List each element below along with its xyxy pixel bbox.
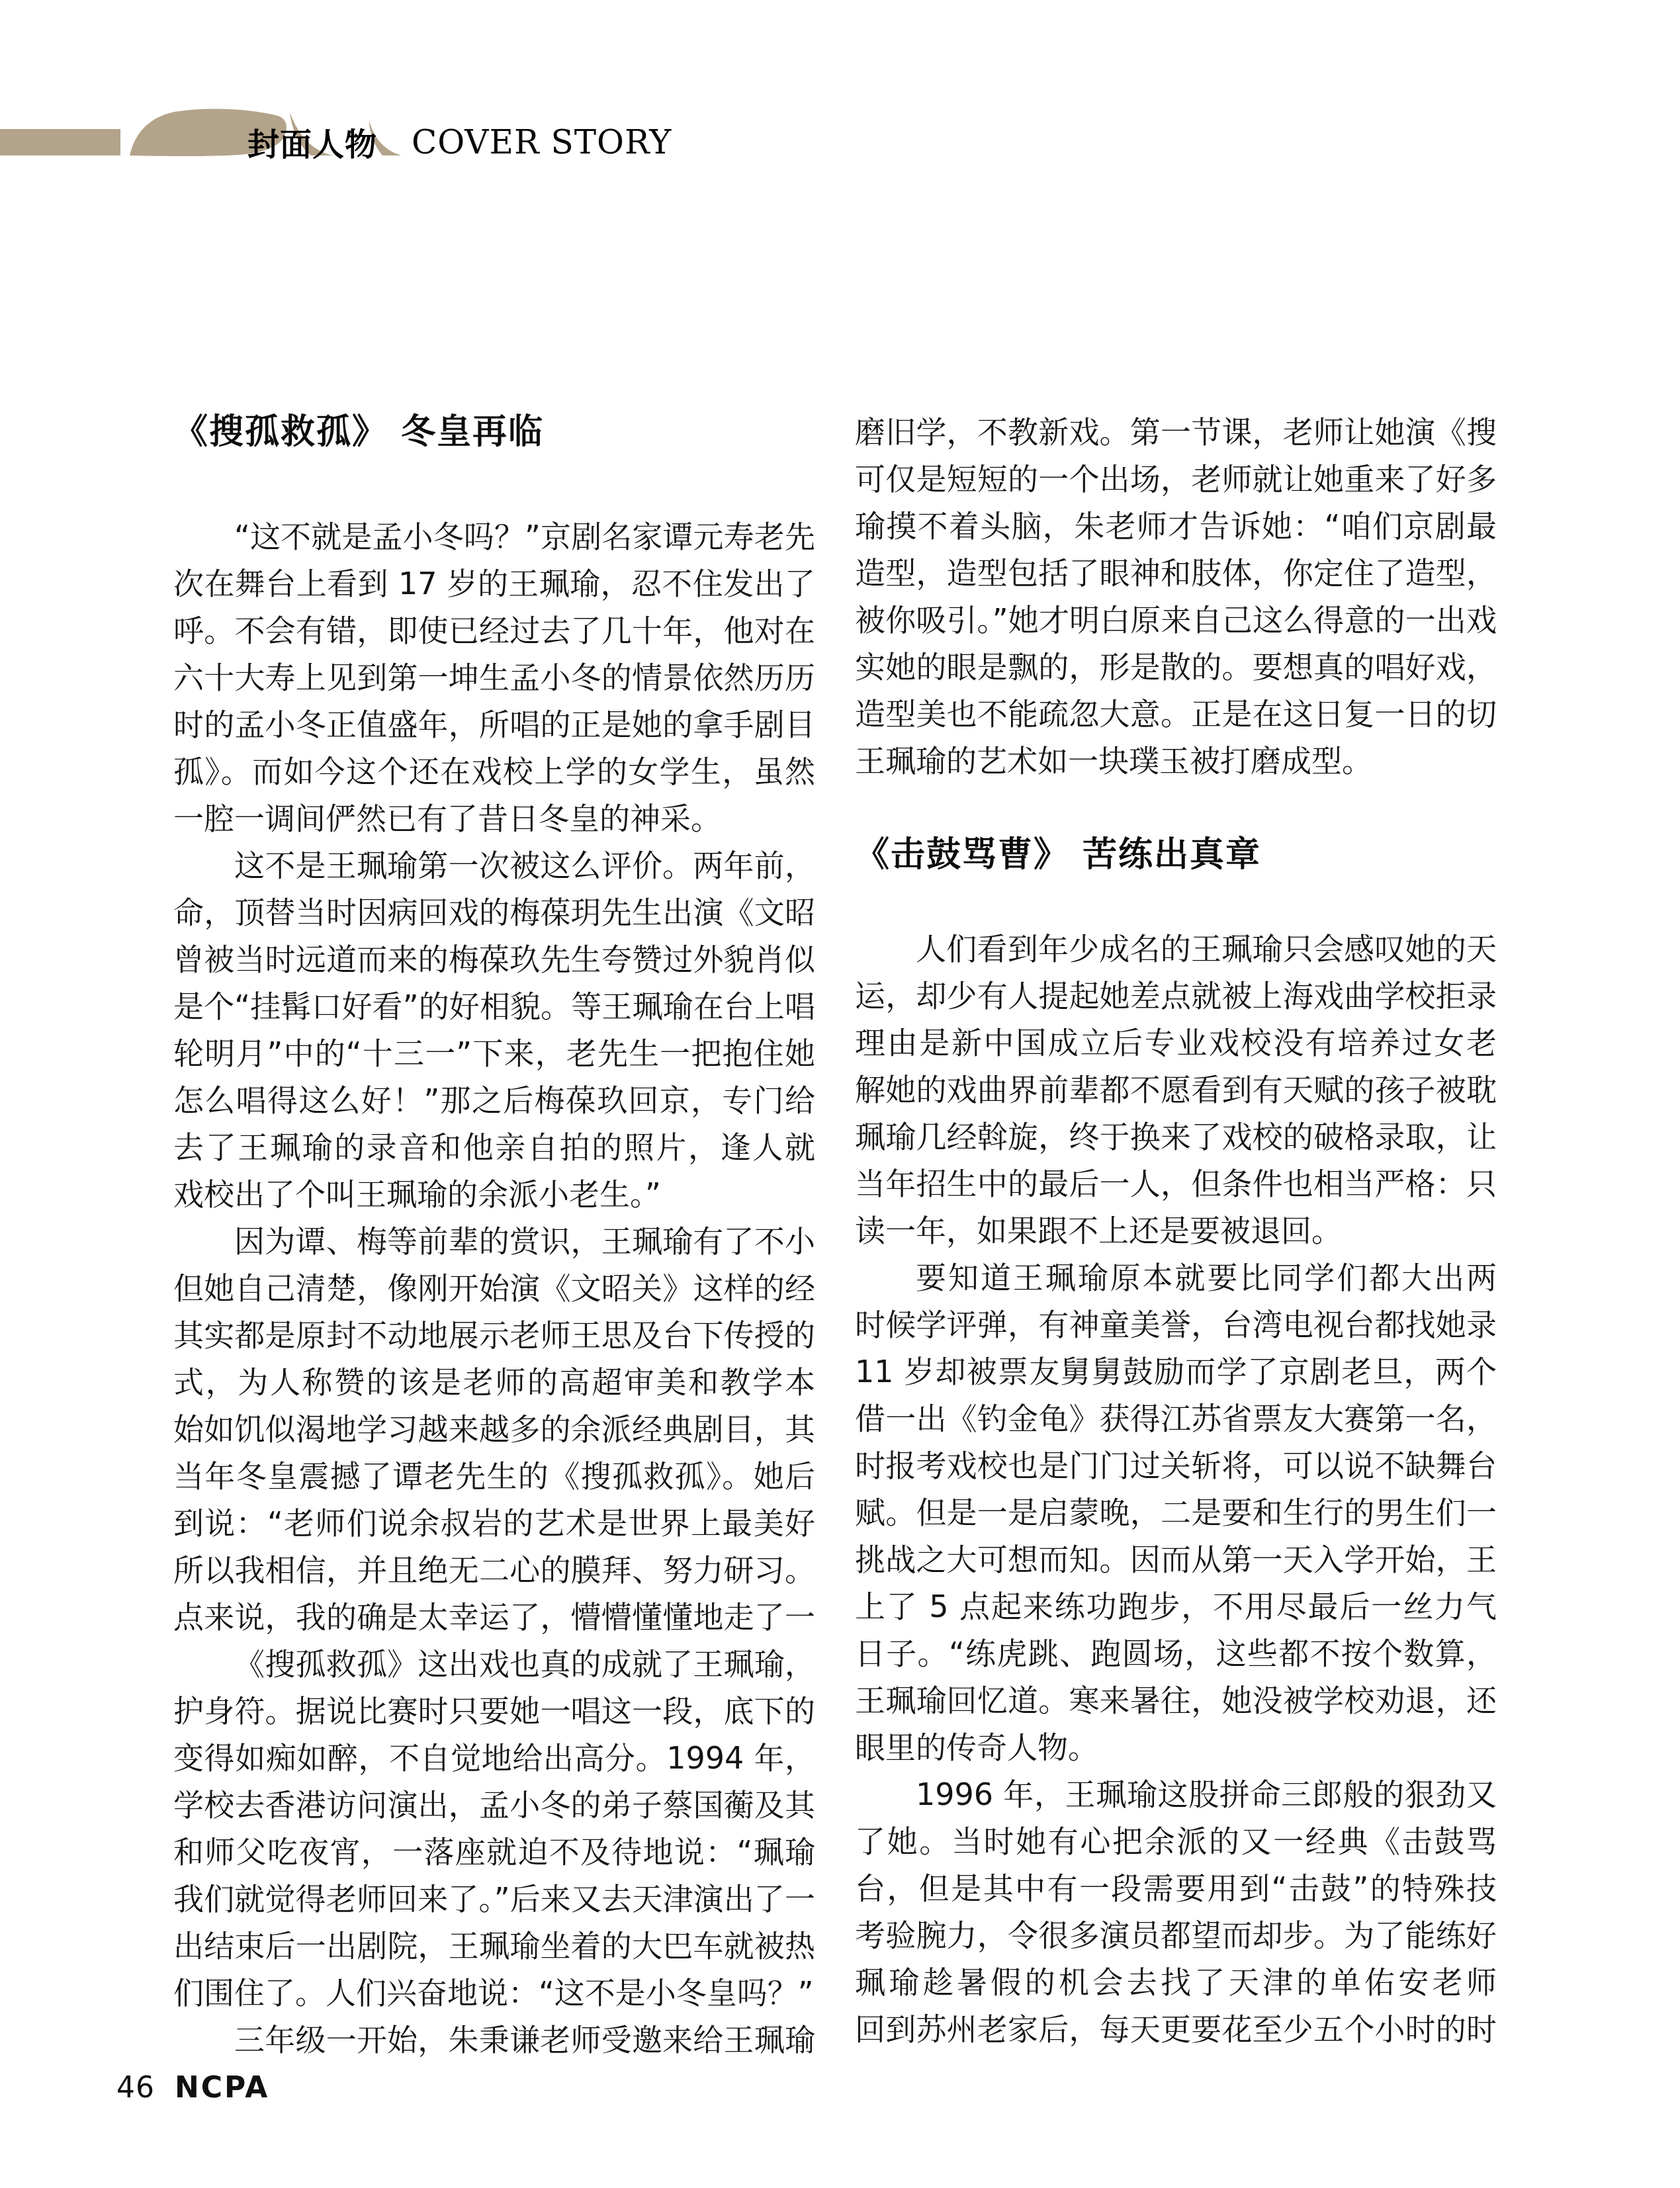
text-line: 当年招生中的最后一人，但条件也相当严格：只许她先试	[855, 1160, 1497, 1207]
page-number: 46	[116, 2071, 155, 2105]
text-line: 眼里的传奇人物。	[855, 1724, 1497, 1771]
text-line: 上了 5 点起来练功跑步，不用尽最后一丝力气不罢休的	[855, 1583, 1497, 1630]
right-column-text-top: 磨旧学，不教新戏。第一节课，老师让她演《搜孤救孤》，可仅是短短的一个出场，老师就…	[855, 409, 1497, 785]
text-line: 轮明月”中的“十三一”下来，老先生一把抱住她说：“你	[173, 1030, 815, 1077]
text-line: 学校去香港访问演出，孟小冬的弟子蔡国蘅及其夫人请她	[173, 1782, 815, 1829]
text-line: 们围住了。人们兴奋地说：“这不是小冬皇吗？”	[173, 1970, 815, 2017]
text-line: 了她。当时她有心把余派的又一经典《击鼓骂曹》搬上舞	[855, 1818, 1497, 1865]
text-line: 时报考戏校也是门门过关斩将，可以说不缺舞台经验和天	[855, 1442, 1497, 1489]
text-line: 这不是王珮瑜第一次被这么评价。两年前，她临危受	[173, 842, 815, 889]
text-line: 六十大寿上见到第一坤生孟小冬的情景依然历历在目。当	[173, 654, 815, 701]
left-column-text: “这不就是孟小冬吗？”京剧名家谭元寿老先生第一次在舞台上看到 17 岁的王珮瑜，…	[173, 513, 815, 2064]
text-line: 孤》。而如今这个还在戏校上学的女学生，虽然身形稚嫩，	[173, 748, 815, 795]
ribbon-bar-icon	[0, 129, 120, 155]
text-line: 命，顶替当时因病回戏的梅葆玥先生出演《文昭关》，就	[173, 889, 815, 936]
text-line: 理由是新中国成立后专业戏校没有培养过女老生。所幸了	[855, 1020, 1497, 1067]
article-heading-1: 《搜孤救孤》 冬皇再临	[173, 409, 815, 456]
text-line: 其实都是原封不动地展示老师王思及台下传授的一招一	[173, 1312, 815, 1359]
text-line: 王珮瑜回忆道。寒来暑往，她没被学校劝退，还成了后辈	[855, 1677, 1497, 1724]
footer: 46NCPA	[116, 2071, 269, 2105]
magazine-page: 封面人物 COVER STORY 《搜孤救孤》 冬皇再临 “这不就是孟小冬吗？”…	[0, 0, 1680, 2188]
text-line: 时的孟小冬正值盛年，所唱的正是她的拿手剧目《搜孤救	[173, 701, 815, 748]
text-line: 三年级一开始，朱秉谦老师受邀来给王珮瑜授课，只	[173, 2017, 815, 2064]
left-column: 《搜孤救孤》 冬皇再临 “这不就是孟小冬吗？”京剧名家谭元寿老先生第一次在舞台上…	[173, 409, 815, 2064]
text-line: 时候学评弹，有神童美誉，台湾电视台都找她录音，但	[855, 1301, 1497, 1348]
text-line: 去了王珮瑜的录音和他亲自拍的照片，逢人就说：“上海	[173, 1124, 815, 1171]
text-line: 珮瑜趁暑假的机会去找了天津的单佑安老师学“鼓套子”。	[855, 1959, 1497, 2006]
text-line: 怎么唱得这么好！”那之后梅葆玖回京，专门给朋友们带	[173, 1077, 815, 1124]
text-line: 出结束后一出剧院，王珮瑜坐着的大巴车就被热情的戏迷	[173, 1923, 815, 1970]
journal-name: NCPA	[175, 2071, 269, 2105]
text-line: 式，为人称赞的该是老师的高超审美和教学本领。她开	[173, 1359, 815, 1406]
text-line: 戏校出了个叫王珮瑜的余派小老生。”	[173, 1171, 815, 1218]
text-line: 可仅是短短的一个出场，老师就让她重来了好多遍。王珮	[855, 456, 1497, 503]
text-line: 解她的戏曲界前辈都不愿看到有天赋的孩子被耽误，为王	[855, 1067, 1497, 1114]
text-line: 瑜摸不着头脑，朱老师才告诉她：“咱们京剧最讲究一个	[855, 503, 1497, 550]
text-line: 变得如痴如醉，不自觉地给出高分。1994 年，王珮瑜和	[173, 1735, 815, 1782]
text-line: 日子。“练虎跳、跑圆场，这些都不按个数算，按时间走。”	[855, 1630, 1497, 1677]
text-line: 1996 年，王珮瑜这股拼命三郎般的狠劲又一次成就	[855, 1771, 1497, 1818]
text-line: 造型，造型包括了眼神和肢体，你定住了造型，观众才会	[855, 550, 1497, 597]
text-line: 实她的眼是飘的，形是散的。要想真的唱好戏，舞台上的	[855, 644, 1497, 691]
text-line: 回到苏州老家后，每天更要花至少五个小时的时间巩固练	[855, 2006, 1497, 2053]
text-line: 被你吸引。”她才明白原来自己这么得意的一出戏里，其	[855, 597, 1497, 644]
text-line: 珮瑜几经斡旋，终于换来了戏校的破格录取，让她成为了	[855, 1114, 1497, 1160]
text-line: 造型美也不能疏忽大意。正是在这日复一日的切磋琢磨里，	[855, 691, 1497, 738]
text-line: 是个“挂髯口好看”的好相貌。等王珮瑜在台上唱完了“一	[173, 983, 815, 1030]
right-column: 磨旧学，不教新戏。第一节课，老师让她演《搜孤救孤》，可仅是短短的一个出场，老师就…	[855, 409, 1497, 2053]
text-line: 呼。不会有错，即使已经过去了几十年，他对在杜月笙	[173, 607, 815, 654]
text-line: 因为谭、梅等前辈的赏识，王珮瑜有了不小的名气。	[173, 1218, 815, 1265]
right-column-text-bottom: 人们看到年少成名的王珮瑜只会感叹她的天才与幸运，却少有人提起她差点就被上海戏曲学…	[855, 926, 1497, 2053]
text-line: 曾被当时远道而来的梅葆玖先生夸赞过外貌肖似孟小冬，	[173, 936, 815, 983]
text-line: 人们看到年少成名的王珮瑜只会感叹她的天才与幸	[855, 926, 1497, 973]
text-line: 读一年，如果跟不上还是要被退回。	[855, 1207, 1497, 1254]
text-line: 王珮瑜的艺术如一块璞玉被打磨成型。	[855, 738, 1497, 785]
text-line: 一腔一调间俨然已有了昔日冬皇的神采。	[173, 795, 815, 842]
text-line: 护身符。据说比赛时只要她一唱这一段，底下的评委就会	[173, 1688, 815, 1735]
text-line: 所以我相信，并且绝无二心的膜拜、努力研习。从这一	[173, 1547, 815, 1594]
text-line: 赋。但是一是启蒙晚，二是要和生行的男生们一起比功课，	[855, 1489, 1497, 1536]
text-line: 台，但是其中有一段需要用到“击鼓”的特殊技巧，最是	[855, 1865, 1497, 1912]
text-line: 《搜孤救孤》这出戏也真的成就了王珮瑜，成了她的	[173, 1641, 815, 1688]
text-line: 点来说，我的确是太幸运了，懵懵懂懂地走了一条正道。”	[173, 1594, 815, 1641]
text-line: 当年冬皇震撼了谭老先生的《搜孤救孤》。她后来回想	[173, 1453, 815, 1500]
text-line: 始如饥似渴地学习越来越多的余派经典剧目，其中就有	[173, 1406, 815, 1453]
article-heading-2: 《击鼓骂曹》 苦练出真章	[855, 832, 1497, 879]
text-line: 运，却少有人提起她差点就被上海戏曲学校拒录的窘境，	[855, 973, 1497, 1020]
text-line: 到说：“老师们说余叔岩的艺术是世界上最美好的东西，	[173, 1500, 815, 1547]
text-line: 磨旧学，不教新戏。第一节课，老师让她演《搜孤救孤》，	[855, 409, 1497, 456]
text-line: 借一出《钓金龟》获得江苏省票友大赛第一名，到 14 岁	[855, 1395, 1497, 1442]
section-title-english: COVER STORY	[412, 123, 672, 161]
text-line: 但她自己清楚，像刚开始演《文昭关》这样的经典剧目，	[173, 1265, 815, 1312]
text-line: 11 岁却被票友舅舅鼓励而学了京剧老旦，两个月后就凭	[855, 1348, 1497, 1395]
text-line: 和师父吃夜宵，一落座就迫不及待地说：“珮瑜一出场，	[173, 1829, 815, 1876]
text-line: 我们就觉得老师回来了。”后来又去天津演出了一场，演	[173, 1876, 815, 1923]
section-title-chinese: 封面人物	[247, 119, 377, 165]
text-line: 考验腕力，令很多演员都望而却步。为了能练好手腕，王	[855, 1912, 1497, 1959]
text-line: “这不就是孟小冬吗？”京剧名家谭元寿老先生第一	[173, 513, 815, 560]
text-line: 挑战之大可想而知。因而从第一天入学开始，王珮瑜就过	[855, 1536, 1497, 1583]
text-line: 次在舞台上看到 17 岁的王珮瑜，忍不住发出了这样的惊	[173, 560, 815, 607]
text-line: 要知道王珮瑜原本就要比同学们都大出两岁。她小的	[855, 1254, 1497, 1301]
